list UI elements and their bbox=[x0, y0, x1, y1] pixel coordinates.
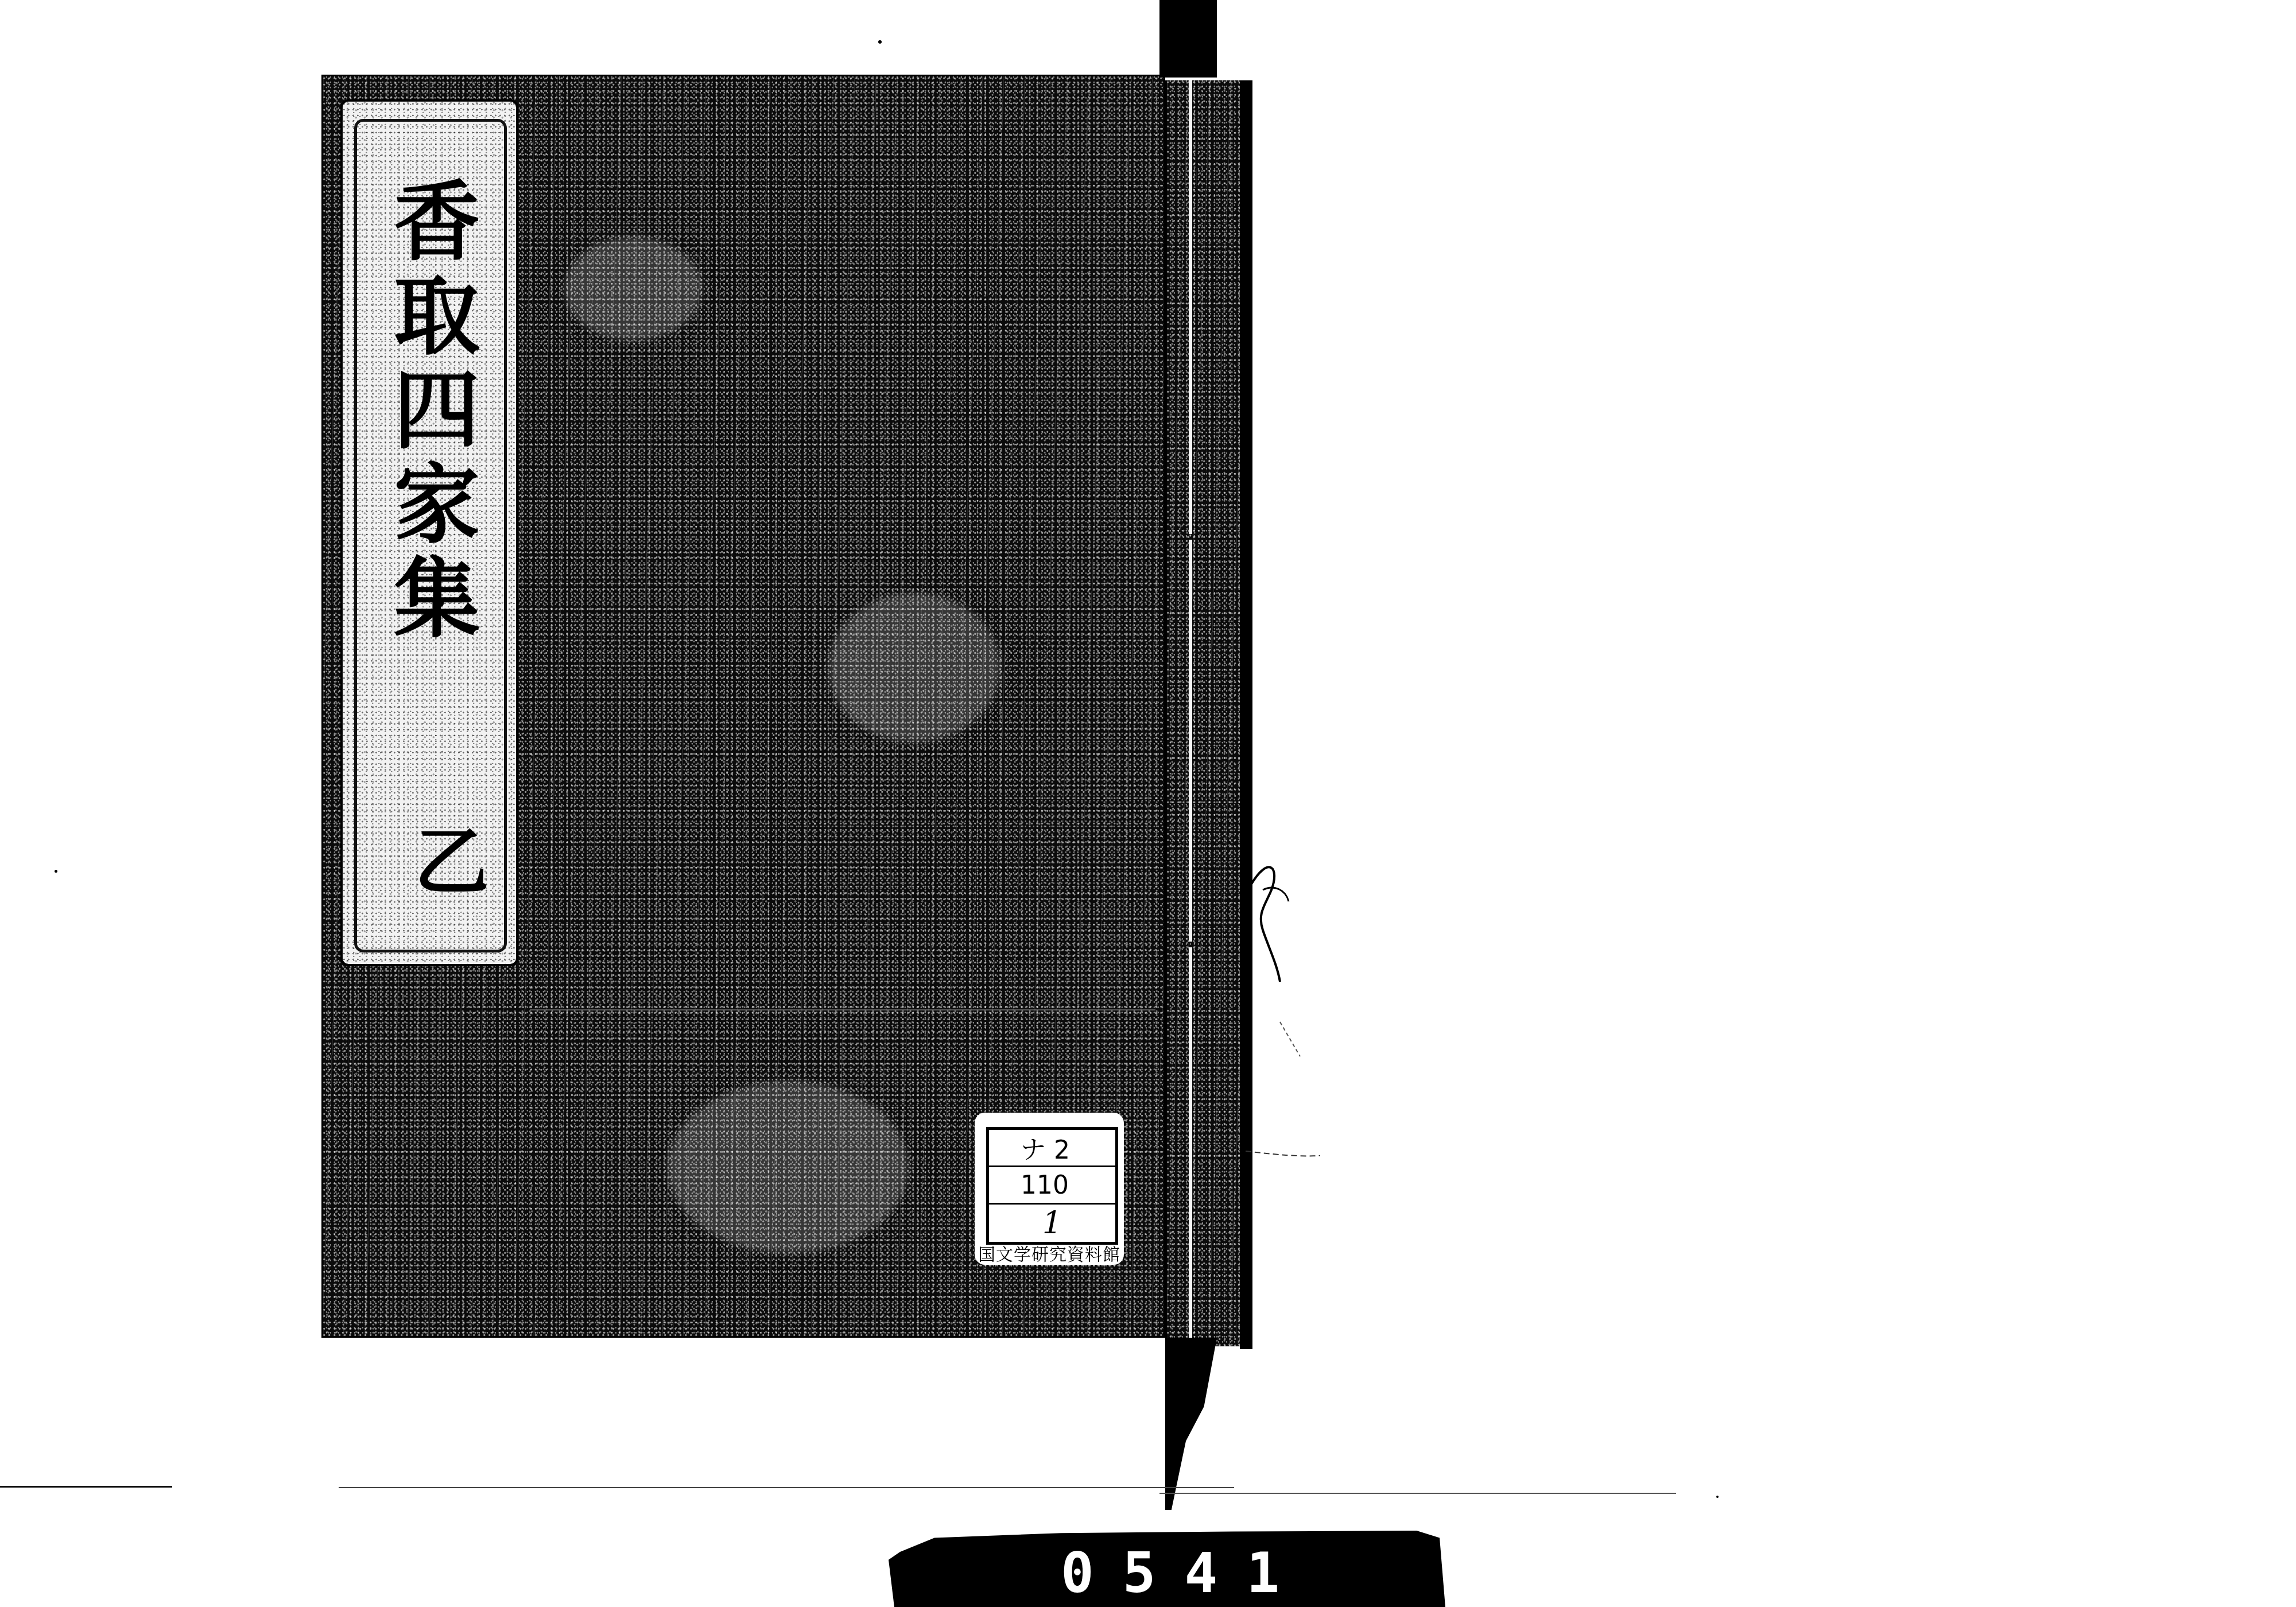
cover-wear bbox=[564, 237, 702, 340]
label-row-class: ナ 2 bbox=[989, 1130, 1115, 1167]
binding-thread bbox=[1189, 80, 1192, 534]
title-slip: 香取四家集 乙 bbox=[340, 99, 518, 966]
scan-edge-line bbox=[339, 1487, 1234, 1488]
loose-thread-icon bbox=[1246, 850, 1314, 1079]
label-row-number: 110 bbox=[989, 1167, 1115, 1205]
binding-tab-bottom bbox=[1165, 1338, 1217, 1510]
label-row-volume: 1 bbox=[989, 1205, 1115, 1242]
dust-speck bbox=[1716, 1496, 1719, 1498]
frame-number: 0541 bbox=[1061, 1541, 1308, 1605]
cover-crease bbox=[530, 1009, 1155, 1010]
binding-thread bbox=[1189, 540, 1192, 942]
library-call-number-label: ナ 2 110 1 国文学研究資料館 bbox=[975, 1113, 1124, 1265]
loose-thread-icon bbox=[1246, 1145, 1326, 1163]
dust-speck bbox=[878, 40, 882, 44]
book-cover: 香取四家集 乙 ナ 2 110 1 国文学研究資料館 bbox=[321, 75, 1165, 1338]
scan-edge-line bbox=[1159, 1493, 1676, 1494]
microfilm-frame-strip: 0541 bbox=[889, 1528, 1463, 1607]
label-institution: 国文学研究資料館 bbox=[975, 1240, 1124, 1265]
volume-mark: 乙 bbox=[414, 802, 489, 909]
label-box: ナ 2 110 1 bbox=[986, 1127, 1118, 1245]
dust-speck bbox=[55, 870, 57, 873]
book-spine bbox=[1165, 80, 1240, 1346]
scan-edge-line bbox=[0, 1486, 172, 1488]
cover-wear bbox=[668, 1081, 909, 1253]
cover-wear bbox=[828, 593, 1000, 742]
book-title: 香取四家集 bbox=[367, 176, 491, 647]
binding-thread bbox=[1189, 947, 1192, 1343]
binding-tab-top bbox=[1159, 0, 1217, 78]
book: 香取四家集 乙 ナ 2 110 1 国文学研究資料館 bbox=[321, 75, 1177, 1338]
